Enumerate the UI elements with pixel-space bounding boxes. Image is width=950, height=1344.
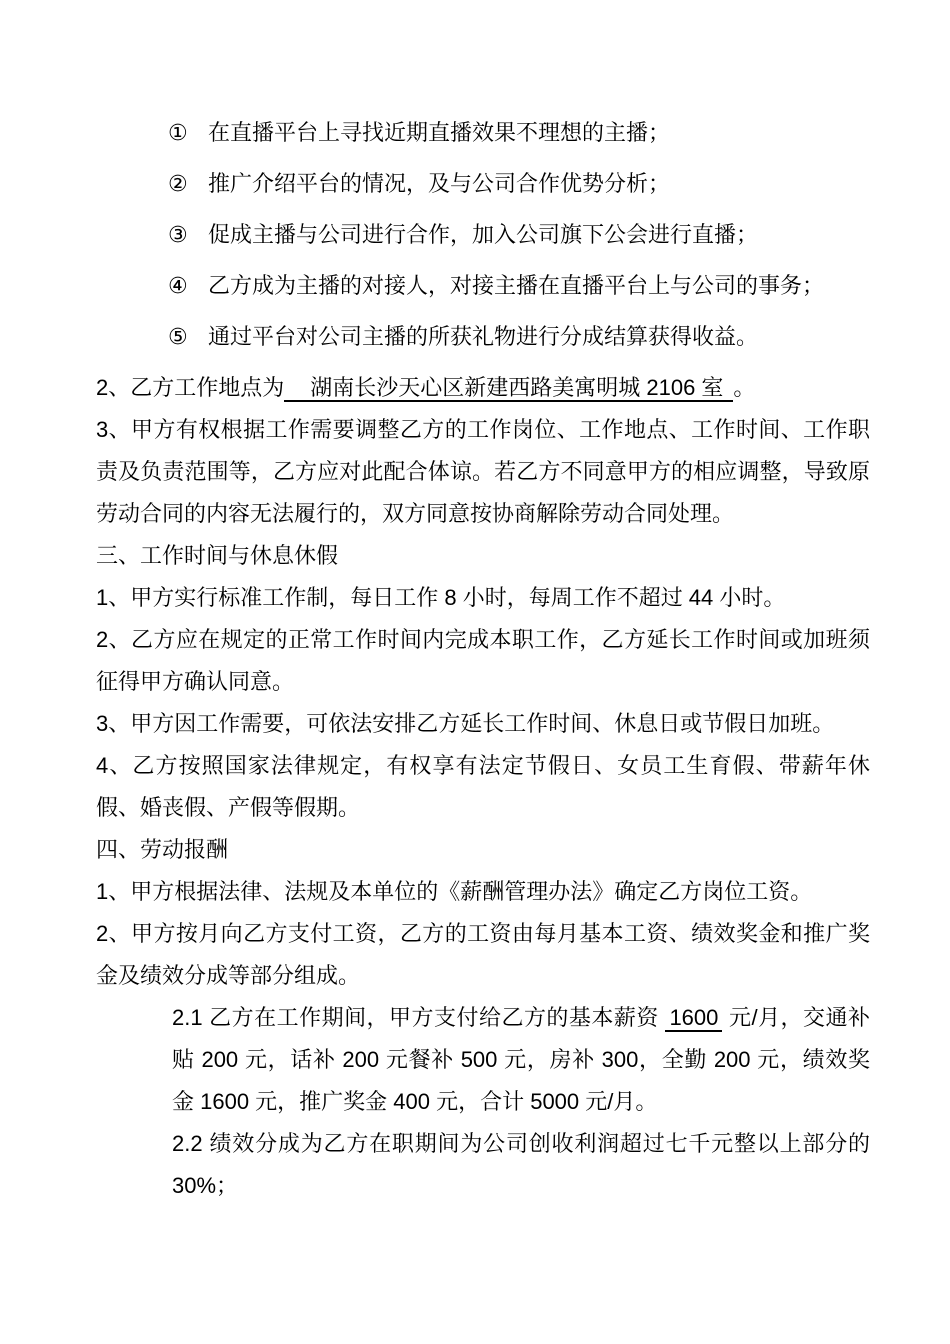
duty-marker: ②	[168, 163, 208, 205]
duty-item: ⑤ 通过平台对公司主播的所获礼物进行分成结算获得收益。	[168, 316, 870, 358]
section-4-heading: 四、劳动报酬	[96, 829, 870, 871]
duty-marker: ①	[168, 112, 208, 154]
duty-marker: ④	[168, 265, 208, 307]
duty-text: 推广介绍平台的情况，及与公司合作优势分析；	[208, 163, 870, 205]
clause-salary-detail: 2.1 乙方在工作期间，甲方支付给乙方的基本薪资 1600 元/月，交通补贴 2…	[172, 997, 870, 1123]
duty-text: 通过平台对公司主播的所获礼物进行分成结算获得收益。	[208, 316, 870, 358]
clause-work-location-prefix: 2、乙方工作地点为	[96, 375, 284, 400]
clause-work-location: 2、乙方工作地点为湖南长沙天心区新建西路美寓明城 2106 室。	[96, 367, 870, 409]
document-page: ① 在直播平台上寻找近期直播效果不理想的主播； ② 推广介绍平台的情况，及与公司…	[0, 0, 950, 1344]
duty-item: ② 推广介绍平台的情况，及与公司合作优势分析；	[168, 163, 870, 205]
section-3-clause-2: 2、乙方应在规定的正常工作时间内完成本职工作，乙方延长工作时间或加班须征得甲方确…	[96, 619, 870, 703]
section-3-clause-1: 1、甲方实行标准工作制，每日工作 8 小时，每周工作不超过 44 小时。	[96, 577, 870, 619]
duty-marker: ⑤	[168, 316, 208, 358]
clause-work-location-suffix: 。	[733, 375, 755, 400]
duty-text: 在直播平台上寻找近期直播效果不理想的主播；	[208, 112, 870, 154]
duty-item: ④ 乙方成为主播的对接人，对接主播在直播平台上与公司的事务；	[168, 265, 870, 307]
clause-job-adjustment: 3、甲方有权根据工作需要调整乙方的工作岗位、工作地点、工作时间、工作职责及负责范…	[96, 409, 870, 535]
section-3-heading: 三、工作时间与休息休假	[96, 535, 870, 577]
base-salary-underlined-value: 1600	[665, 1005, 722, 1032]
duty-text: 促成主播与公司进行合作，加入公司旗下公会进行直播；	[208, 214, 870, 256]
work-location-underlined-value: 湖南长沙天心区新建西路美寓明城 2106 室	[284, 375, 733, 402]
section-3-clause-3: 3、甲方因工作需要，可依法安排乙方延长工作时间、休息日或节假日加班。	[96, 703, 870, 745]
duty-marker: ③	[168, 214, 208, 256]
duty-item: ③ 促成主播与公司进行合作，加入公司旗下公会进行直播；	[168, 214, 870, 256]
document-content: ① 在直播平台上寻找近期直播效果不理想的主播； ② 推广介绍平台的情况，及与公司…	[0, 0, 950, 1207]
section-3-clause-4: 4、乙方按照国家法律规定，有权享有法定节假日、女员工生育假、带薪年休假、婚丧假、…	[96, 745, 870, 829]
section-4-clause-1: 1、甲方根据法律、法规及本单位的《薪酬管理办法》确定乙方岗位工资。	[96, 871, 870, 913]
duty-text: 乙方成为主播的对接人，对接主播在直播平台上与公司的事务；	[208, 265, 870, 307]
clause-performance-share: 2.2 绩效分成为乙方在职期间为公司创收利润超过七千元整以上部分的 30%；	[172, 1123, 870, 1207]
duty-item: ① 在直播平台上寻找近期直播效果不理想的主播；	[168, 112, 870, 154]
duties-list: ① 在直播平台上寻找近期直播效果不理想的主播； ② 推广介绍平台的情况，及与公司…	[168, 112, 870, 358]
clause-salary-prefix: 2.1 乙方在工作期间，甲方支付给乙方的基本薪资	[172, 1005, 665, 1030]
section-4-clause-2: 2、甲方按月向乙方支付工资，乙方的工资由每月基本工资、绩效奖金和推广奖金及绩效分…	[96, 913, 870, 997]
